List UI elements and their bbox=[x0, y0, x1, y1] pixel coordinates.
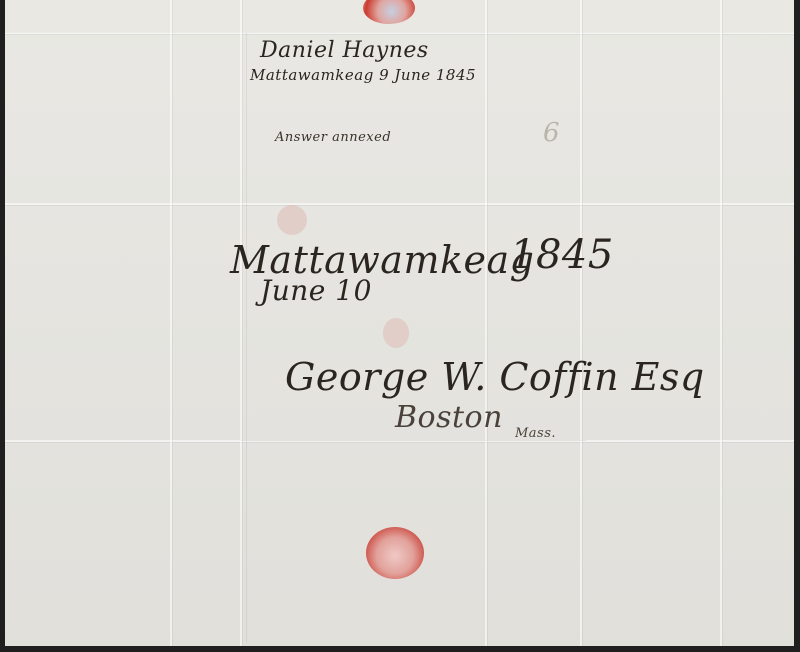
letter-paper: Daniel Haynes Mattawamkeag 9 June 1845 A… bbox=[5, 0, 794, 646]
docket-name: Daniel Haynes bbox=[260, 38, 429, 63]
stain bbox=[383, 318, 409, 348]
marginal-mark: 6 bbox=[543, 118, 560, 148]
fold-line bbox=[5, 32, 794, 34]
docket-note: Answer annexed bbox=[275, 130, 391, 145]
fold-line bbox=[720, 0, 722, 646]
recipient-name: George W. Coffin Esq bbox=[285, 355, 705, 399]
wax-seal bbox=[366, 527, 424, 579]
docket-place-date: Mattawamkeag 9 June 1845 bbox=[250, 66, 476, 84]
recipient-city: Boston bbox=[395, 400, 503, 435]
recipient-state: Mass. bbox=[515, 426, 556, 441]
fold-line bbox=[240, 0, 242, 646]
scan-frame: Daniel Haynes Mattawamkeag 9 June 1845 A… bbox=[0, 0, 800, 652]
fold-line bbox=[5, 203, 794, 205]
postmark-year: 1845 bbox=[510, 232, 614, 278]
crease bbox=[246, 33, 247, 643]
fold-line bbox=[170, 0, 172, 646]
postmark-date: June 10 bbox=[260, 274, 372, 307]
stain bbox=[277, 205, 307, 235]
fold-line bbox=[485, 0, 487, 646]
fold-line bbox=[580, 0, 582, 646]
